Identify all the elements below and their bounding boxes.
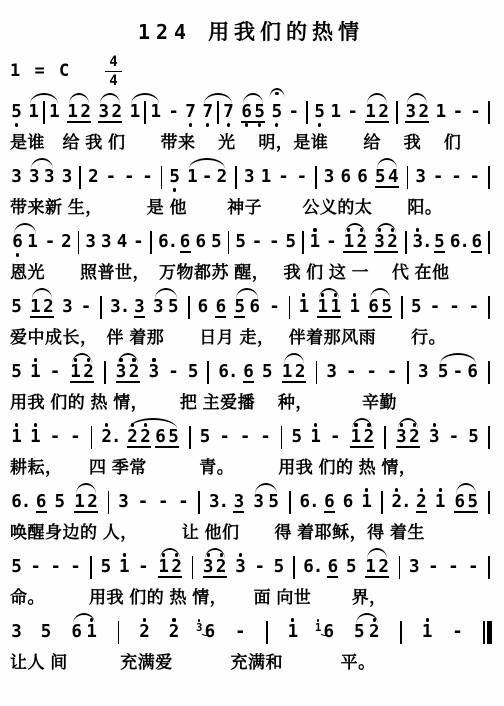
- barline: [381, 491, 383, 514]
- grace-slur-hook: [319, 630, 326, 636]
- note-digit-column: 2: [415, 487, 428, 518]
- note-digit: 1: [361, 493, 372, 512]
- duration-dash: -: [168, 363, 179, 388]
- barline: [488, 296, 490, 319]
- note-digit: 1: [70, 363, 81, 382]
- note-digit-column: 2: [128, 357, 141, 388]
- note-digit-column: 1: [26, 227, 39, 258]
- note-token: 7: [184, 97, 197, 128]
- note-digit-column: 5: [267, 487, 280, 518]
- note-digit-column: 3: [395, 422, 408, 453]
- note-digit: 4: [388, 168, 399, 187]
- note-digit: 3: [244, 168, 255, 187]
- note-token: 2: [168, 617, 181, 648]
- note-digit: 2: [387, 233, 398, 252]
- slur-group: 65: [366, 292, 394, 323]
- note-digit-column: 2: [170, 552, 183, 583]
- note-digit-column: 1: [260, 162, 273, 193]
- eighth-underline: [434, 251, 445, 253]
- note-digit: 1: [299, 298, 310, 317]
- note-digit: 3: [62, 168, 73, 187]
- octave-dot-below: [318, 123, 321, 126]
- eighth-underline: [317, 316, 341, 318]
- duration-dash: -: [50, 363, 61, 388]
- note-token: 5: [234, 227, 247, 258]
- note-digit: 5: [375, 168, 386, 187]
- score-line-7: 6.65123---3.3356.6612.2165唤醒身边的 人， 让 他们 …: [8, 478, 494, 542]
- slur-group: 32: [201, 552, 229, 583]
- note-digit-column: 5: [261, 357, 274, 388]
- note-token: 6: [35, 487, 48, 518]
- note-digit: 6: [250, 298, 261, 317]
- note-token: 65: [240, 97, 266, 128]
- note-token: 6.: [10, 487, 29, 518]
- augmentation-dot: .: [122, 292, 128, 323]
- eighth-underline: [368, 316, 392, 318]
- music-line: 35612236-116521-: [8, 608, 494, 648]
- duration-dash: -: [449, 298, 460, 323]
- note-digit: 2: [140, 428, 151, 447]
- note-digit: 5: [272, 103, 283, 122]
- note-digit-column: 1: [128, 97, 141, 128]
- barline: [316, 361, 318, 384]
- note-token: 6: [214, 292, 227, 323]
- duration-dash: -: [50, 558, 61, 583]
- note-digit: 5: [268, 493, 279, 512]
- note-digit-column: 5: [167, 422, 180, 453]
- grace-note: 1: [315, 618, 321, 633]
- note-digit: 1: [119, 558, 130, 577]
- fermata: [269, 88, 284, 98]
- note-token: 3: [414, 162, 427, 193]
- note-token: 1: [434, 97, 447, 128]
- note-token: 5: [313, 97, 326, 128]
- note-token: 65: [154, 422, 180, 453]
- octave-dot-below: [206, 123, 209, 126]
- note-digit: 2: [111, 103, 122, 122]
- note-token: 5: [10, 97, 23, 128]
- note-digit-column: 7: [201, 97, 214, 128]
- barline: [188, 296, 190, 319]
- note-digit: 1: [30, 298, 41, 317]
- note-digit-column: 2: [82, 357, 95, 388]
- slur-group: 35: [251, 487, 281, 518]
- octave-dot-slot: [15, 122, 18, 128]
- barline: [289, 296, 291, 319]
- note-digit: 5: [11, 103, 22, 122]
- barline: [144, 101, 146, 124]
- note-digit: 5: [411, 298, 422, 317]
- note-digit: 2: [171, 558, 182, 577]
- note-digit-column: 6: [326, 552, 339, 583]
- duration-dash: -: [70, 428, 81, 453]
- note-token: 6.: [217, 357, 236, 388]
- note-digit: 3: [203, 558, 214, 577]
- note-token: 2: [60, 227, 73, 258]
- note-token: 3.: [208, 487, 227, 518]
- note-digit-column: 3: [234, 552, 247, 583]
- slur-group: 32: [114, 357, 142, 388]
- note-digit: 6: [472, 233, 483, 252]
- barline: [90, 556, 92, 579]
- score-line-9: 35612236-116521-让人 间 充满爱 充满和 平。: [8, 608, 494, 672]
- note-digit: 6: [180, 233, 191, 252]
- note-digit: 3: [85, 233, 96, 252]
- note-digit: 6: [328, 558, 339, 577]
- note-token: 5: [167, 292, 180, 323]
- duration-dash: -: [452, 623, 463, 648]
- note-digit-column: 6: [470, 227, 483, 258]
- note-digit-column: 2: [139, 422, 152, 453]
- eighth-underline: [158, 576, 182, 578]
- eighth-underline: [127, 446, 151, 448]
- duration-dash: -: [168, 103, 179, 128]
- slur-group: 12: [68, 357, 96, 388]
- note-digit-column: 1: [10, 422, 23, 453]
- barline: [217, 101, 219, 124]
- slur-group: 12: [65, 97, 93, 128]
- duration-dash: -: [428, 558, 439, 583]
- barline: [399, 556, 401, 579]
- note-digit-column: 2: [42, 292, 55, 323]
- slur-group: 77: [200, 97, 236, 128]
- note-digit: 3: [149, 363, 160, 382]
- octave-dot-below: [258, 123, 261, 126]
- note-digit-column: 2: [110, 97, 123, 128]
- note-token: 5: [99, 552, 112, 583]
- barline: [161, 166, 163, 189]
- note-digit-column: 1: [434, 97, 447, 128]
- duration-dash: -: [260, 428, 271, 453]
- eighth-underline: [155, 446, 179, 448]
- note-digit: 2: [295, 363, 306, 382]
- note-digit-column: 5: [10, 357, 23, 388]
- slur-group: 2265: [125, 422, 181, 453]
- note-digit: 1: [331, 103, 342, 122]
- augmentation-dot: .: [311, 487, 317, 518]
- note-digit: 6: [12, 233, 23, 252]
- note-digit: 3: [326, 363, 337, 382]
- duration-dash: -: [254, 558, 265, 583]
- note-token: 5: [10, 552, 23, 583]
- note-digit: 6: [216, 298, 227, 317]
- slur-group: 12: [280, 357, 308, 388]
- note-digit: 5: [11, 558, 22, 577]
- slur-group: 11: [315, 292, 343, 323]
- slur-group: 35: [151, 292, 181, 323]
- note-token: 3: [10, 617, 23, 648]
- note-token: 1: [128, 97, 141, 128]
- note-digit: 5: [274, 558, 285, 577]
- barline: [192, 556, 194, 579]
- augmentation-dot: .: [403, 487, 409, 518]
- eighth-underline: [374, 251, 398, 253]
- note-token: 2: [415, 487, 428, 518]
- eighth-underline: [365, 576, 389, 578]
- note-digit-column: 1: [29, 357, 42, 388]
- note-token: 5: [10, 292, 23, 323]
- eighth-underline: [396, 446, 420, 448]
- slur-group: 12: [341, 227, 369, 258]
- note-digit-column: 3: [404, 97, 417, 128]
- note-token: 3: [417, 357, 430, 388]
- lyrics-line: 唤醒身边的 人， 让 他们 得 着耶稣，得 着生: [10, 518, 494, 542]
- note-digit-column: 3: [100, 227, 113, 258]
- note-token: 1: [329, 97, 342, 128]
- note-digit-column: 5: [210, 227, 223, 258]
- note-digit-column: 3: [373, 227, 386, 258]
- note-digit: 7: [185, 103, 196, 122]
- note-token: 1: [26, 227, 39, 258]
- note-digit-column: 5: [380, 292, 393, 323]
- note-digit-column: 1: [364, 552, 377, 583]
- note-token: 2: [138, 617, 151, 648]
- note-digit: 2: [129, 363, 140, 382]
- note-token: 5: [467, 422, 480, 453]
- note-digit: 5: [254, 103, 265, 122]
- duration-dash: -: [469, 298, 480, 323]
- note-token: 5: [410, 292, 423, 323]
- note-token: 1: [48, 97, 61, 128]
- note-token: 1: [186, 162, 199, 193]
- sheet-music-page: 124用我们的热情 1 = C 4 4 511123211-777655-51-…: [0, 0, 504, 672]
- note-token: 6.: [302, 552, 321, 583]
- barline: [384, 426, 386, 449]
- note-digit: 2: [80, 103, 91, 122]
- barline: [150, 231, 152, 254]
- note-token: 5: [284, 227, 297, 258]
- note-digit: 6: [198, 298, 209, 317]
- grace-note: 3: [196, 618, 202, 633]
- note-digit-column: 2: [87, 162, 100, 193]
- note-digit: 5: [381, 298, 392, 317]
- octave-dot-below: [173, 188, 176, 191]
- duration-dash: -: [448, 558, 459, 583]
- note-token: 3: [232, 487, 245, 518]
- note-token: 2.: [100, 422, 119, 453]
- note-digit-column: 3: [84, 227, 97, 258]
- slur-group: 12: [348, 422, 376, 453]
- note-digit-column: 5: [53, 487, 66, 518]
- eighth-underline: [36, 511, 47, 513]
- note-token: 3: [84, 227, 97, 258]
- note-token: 32: [373, 227, 399, 258]
- note-token: 1: [118, 552, 131, 583]
- duration-dash: -: [278, 168, 289, 193]
- slur-group: 11: [26, 97, 62, 128]
- note-digit-column: 5: [234, 227, 247, 258]
- note-token: 4: [115, 227, 128, 258]
- note-digit: 2: [83, 363, 94, 382]
- slur-group: 32: [403, 97, 431, 128]
- note-token: 5: [290, 422, 303, 453]
- note-digit-column: 1: [348, 292, 361, 323]
- note-digit: 1: [310, 233, 321, 252]
- note-token: 1: [29, 357, 42, 388]
- note-digit-column: 1: [118, 552, 131, 583]
- note-digit-column: 5: [467, 422, 480, 453]
- note-digit: 3: [134, 298, 145, 317]
- note-token: 3: [152, 292, 165, 323]
- note-digit: 3: [118, 493, 129, 512]
- note-digit: 5: [235, 298, 246, 317]
- note-digit-column: 5: [466, 487, 479, 518]
- note-digit-column: 5: [270, 97, 283, 128]
- duration-dash: -: [387, 363, 398, 388]
- note-digit: 1: [74, 493, 85, 512]
- note-digit: 5: [55, 493, 66, 512]
- final-barline-thick: [487, 621, 492, 644]
- note-digit: 6: [36, 493, 47, 512]
- note-digit-column: 3: [325, 357, 338, 388]
- note-digit: 6: [71, 623, 82, 642]
- note-digit: 5: [200, 428, 211, 447]
- note-digit-column: 3: [243, 162, 256, 193]
- duration-dash: -: [346, 363, 357, 388]
- note-token: 5: [168, 162, 181, 193]
- octave-dot-slot: [173, 187, 176, 193]
- note-token: 6: [242, 357, 255, 388]
- note-digit-column: 6: [466, 357, 479, 388]
- note-digit-column: 3: [133, 292, 146, 323]
- octave-dot-slot: [318, 122, 321, 128]
- note-token: 6.: [157, 227, 176, 258]
- note-token: 6: [70, 617, 83, 648]
- note-digit-column: 3: [414, 162, 427, 193]
- note-token: 3: [243, 162, 256, 193]
- lyrics-line: 让人 间 充满爱 充满和 平。: [10, 648, 494, 672]
- note-digit-column: 6: [214, 292, 227, 323]
- note-digit: 3: [418, 363, 429, 382]
- note-digit-column: 2: [355, 227, 368, 258]
- note-token: 3: [133, 292, 146, 323]
- note-digit-column: 2: [60, 227, 73, 258]
- note-digit-column: 1: [364, 97, 377, 128]
- note-digit: 1: [30, 428, 41, 447]
- octave-dot-below: [15, 123, 18, 126]
- note-token: 22: [126, 422, 152, 453]
- lyrics-line: 耕耘， 四 季常 青。 用我 们的 热 情，: [10, 453, 494, 477]
- note-digit-column: 3: [202, 552, 215, 583]
- note-digit: 2: [419, 103, 430, 122]
- note-digit-column: 1: [66, 97, 79, 128]
- note-digit: 6: [340, 168, 351, 187]
- note-digit: 3: [415, 168, 426, 187]
- note-token: 7: [201, 97, 214, 128]
- score-lines: 511123211-777655-51-12321--是谁 给 我 们 带来 光…: [8, 88, 494, 672]
- note-digit: 6: [454, 493, 465, 512]
- note-token: 6: [11, 227, 24, 258]
- slur-group: 12: [28, 292, 56, 323]
- note-digit: 5: [101, 558, 112, 577]
- note-digit-column: 1: [434, 487, 447, 518]
- barline: [302, 231, 304, 254]
- note-digit-column: 5: [10, 552, 23, 583]
- note-digit-column: 1: [297, 292, 310, 323]
- note-token: 3: [322, 162, 335, 193]
- score-line-1: 511123211-777655-51-12321--是谁 给 我 们 带来 光…: [8, 88, 494, 152]
- note-token: 5: [210, 227, 223, 258]
- octave-dot-slot: [206, 122, 209, 128]
- duration-dash: -: [202, 168, 213, 193]
- note-token: 5: [433, 227, 446, 258]
- duration-dash: -: [326, 233, 337, 258]
- eighth-underline: [74, 511, 98, 513]
- note-token: 2: [368, 617, 381, 648]
- octave-dot-below: [189, 123, 192, 126]
- slur-group: 32: [372, 227, 400, 258]
- note-digit: 1: [158, 558, 169, 577]
- note-token: 5: [10, 357, 23, 388]
- note-token: 2: [87, 162, 100, 193]
- note-digit: 3: [374, 233, 385, 252]
- barline: [100, 296, 102, 319]
- note-token: 6.: [449, 227, 468, 258]
- eighth-underline: [375, 186, 399, 188]
- note-token: 32: [404, 97, 430, 128]
- note-digit-column: 3: [97, 97, 110, 128]
- lyrics-line: 用我 们的 热 情， 把 主爱播 种， 辛勤: [10, 388, 494, 412]
- duration-dash: -: [430, 298, 441, 323]
- note-digit-column: 3: [252, 487, 265, 518]
- note-digit: 5: [169, 168, 180, 187]
- note-token: 6: [326, 552, 339, 583]
- slur-group: 12: [363, 552, 391, 583]
- note-digit-column: 6: [179, 227, 192, 258]
- duration-dash: -: [133, 233, 144, 258]
- note-token: 1: [348, 292, 361, 323]
- lyrics-line: 是谁 给 我 们 带来 光 明，是谁 给 我 们: [10, 128, 494, 152]
- note-digit: 2: [369, 623, 380, 642]
- note-token: 5: [272, 552, 285, 583]
- note-digit: 2: [364, 428, 375, 447]
- duration-dash: -: [106, 168, 117, 193]
- note-digit-column: 6: [242, 357, 255, 388]
- note-digit: 1: [436, 103, 447, 122]
- note-digit-column: 1: [349, 422, 362, 453]
- barline: [488, 491, 490, 514]
- note-token: 5: [40, 617, 53, 648]
- octave-dot-below: [275, 123, 278, 126]
- duration-dash: -: [451, 168, 462, 193]
- note-digit-column: 6: [323, 487, 336, 518]
- note-digit-column: 6: [339, 162, 352, 193]
- eighth-underline: [405, 121, 429, 123]
- slur-group: 65: [452, 487, 480, 518]
- note-digit: 1: [49, 103, 60, 122]
- duration-dash: -: [330, 428, 341, 453]
- note-token: 5: [353, 617, 366, 648]
- note-digit: 5: [188, 363, 199, 382]
- note-digit: 5: [354, 623, 365, 642]
- note-digit: 1: [365, 558, 376, 577]
- note-digit-column: 6: [240, 97, 253, 128]
- octave-dot-slot: [275, 122, 278, 128]
- note-digit: 3: [234, 493, 245, 512]
- note-digit-column: 5: [187, 357, 200, 388]
- note-digit: 7: [202, 103, 213, 122]
- eighth-underline: [116, 381, 140, 383]
- note-digit: 5: [11, 363, 22, 382]
- note-digit-column: 6: [194, 227, 207, 258]
- note-digit: 6: [343, 493, 354, 512]
- note-digit-column: 3: [10, 617, 23, 648]
- note-digit: 6: [241, 103, 252, 122]
- note-digit: 2: [416, 493, 427, 512]
- note-digit: 2: [217, 168, 228, 187]
- note-token: 2.: [390, 487, 409, 518]
- note-digit: 1: [86, 623, 97, 642]
